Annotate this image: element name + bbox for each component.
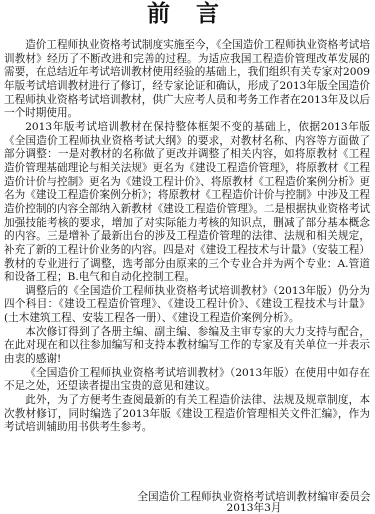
paragraph-5: 《全国造价工程师执业资格考试培训教材》（2013年版）在使用中如存在不足之处，还… <box>4 367 370 394</box>
signature-date: 2013年3月 <box>137 503 371 514</box>
paragraph-4: 本次修订得到了各册主编、副主编、参编及主审专家的大力支持与配合，在此对现在和以往… <box>4 326 370 367</box>
paragraph-3: 调整后的《全国造价工程师执业资格考试培训教材》（2013年版）仍分为四个科目：《… <box>4 285 370 326</box>
page-title: 前 言 <box>0 0 375 28</box>
paragraph-2: 2013年版考试培训教材在保持整体框架不变的基础上，依据2013年版《全国造价工… <box>4 121 370 285</box>
paragraph-1: 造价工程师执业资格考试制度实施至今，《全国造价工程师执业资格考试培训教材》经历了… <box>4 39 370 121</box>
signature-block: 全国造价工程师执业资格考试培训教材编审委员会 2013年3月 <box>137 492 371 514</box>
preface-body: 造价工程师执业资格考试制度实施至今，《全国造价工程师执业资格考试培训教材》经历了… <box>4 39 370 435</box>
paragraph-6: 此外，为了方便考生查阅最新的有关工程造价法律、法规及规章制度，本次教材修订，同时… <box>4 394 370 435</box>
